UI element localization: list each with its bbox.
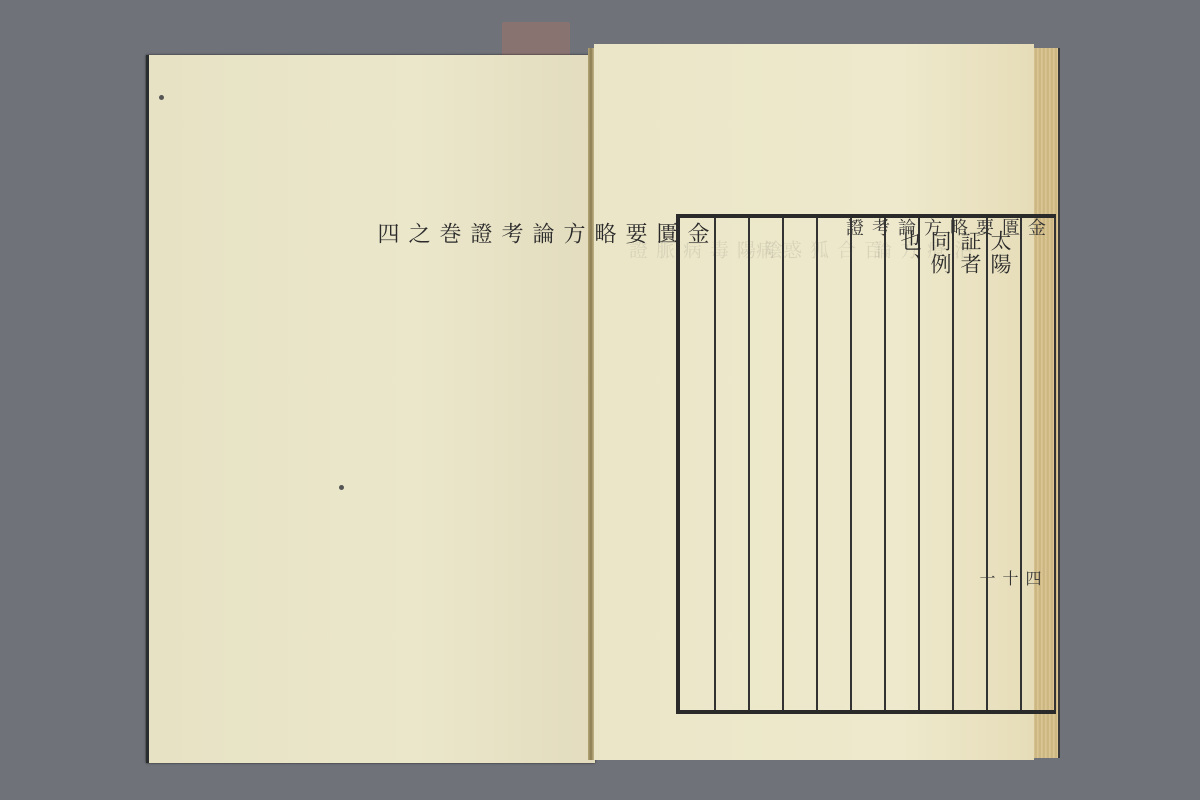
column-rule bbox=[850, 218, 852, 710]
volume-title: 金匱要略方論考證巻之四 bbox=[682, 222, 712, 247]
text-frame-border bbox=[676, 214, 1056, 714]
ink-speck bbox=[339, 485, 344, 490]
column-rule bbox=[952, 218, 954, 710]
column-rule bbox=[782, 218, 784, 710]
column-rule bbox=[816, 218, 818, 710]
column-rule bbox=[1054, 218, 1056, 710]
page-number: 四十一 bbox=[1020, 570, 1044, 586]
column-rule bbox=[1020, 218, 1022, 710]
left-page-blank bbox=[146, 55, 595, 763]
column-rule bbox=[748, 218, 750, 710]
column-rule bbox=[714, 218, 716, 710]
column-rule bbox=[986, 218, 988, 710]
ink-speck bbox=[159, 95, 164, 100]
center-margin-title: 金匱要略方論考證 bbox=[1020, 218, 1048, 237]
column-rule bbox=[884, 218, 886, 710]
column-rule bbox=[918, 218, 920, 710]
